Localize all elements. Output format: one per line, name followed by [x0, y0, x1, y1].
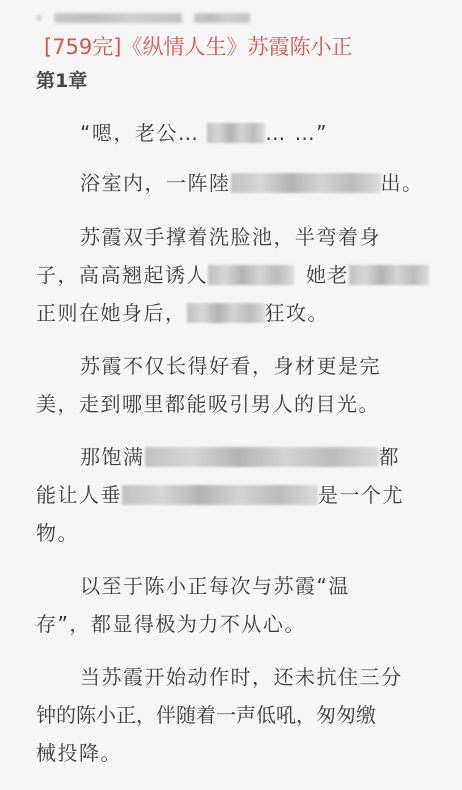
text-line: 苏霞双手撑着洗脸池，半弯着身: [36, 218, 428, 256]
paragraph: 当苏霞开始动作时，还未抗住三分 钟的陈小正，伴随着一声低吼，匆匆缴 械投降。: [36, 658, 428, 772]
text-line: 子，高高翘起诱人她老: [36, 256, 428, 294]
paragraph: 以至于陈小正每次与苏霞“温 存”，都显得极为力不从心。: [36, 567, 428, 643]
text-line: “嗯，老公… … …”: [36, 114, 428, 152]
reader-page: [759完]《纵情人生》苏霞陈小正 第1章 “嗯，老公… … …” 浴室内，一阵…: [0, 0, 462, 790]
censored-text: [187, 303, 265, 323]
text-line: 以至于陈小正每次与苏霞“温: [36, 567, 428, 605]
book-title: [759完]《纵情人生》苏霞陈小正: [44, 31, 352, 61]
censored-text: [349, 265, 429, 285]
text-line: 钟的陈小正，伴随着一声低吼，匆匆缴: [36, 696, 428, 734]
paragraph: “嗯，老公… … …”: [36, 114, 428, 152]
text-line: 当苏霞开始动作时，还未抗住三分: [36, 658, 428, 696]
text-line: 存”，都显得极为力不从心。: [36, 605, 428, 643]
censored-text: [231, 173, 381, 193]
paragraph: 浴室内，一阵陸出。: [36, 164, 428, 202]
paragraph: 苏霞双手撑着洗脸池，半弯着身 子，高高翘起诱人她老 正则在她身后，狂攻。: [36, 218, 428, 332]
text-line: 苏霞不仅长得好看，身材更是完: [36, 347, 428, 385]
censored-text: [145, 447, 379, 467]
text-line: 能让人垂是一个尤: [36, 476, 428, 514]
text-line: 美，走到哪里都能吸引男人的目光。: [36, 385, 428, 423]
text-line: 那饱满都: [36, 438, 428, 476]
blurred-source-line: [36, 11, 250, 25]
text-line: 物。: [36, 514, 428, 552]
text-line: 浴室内，一阵陸出。: [36, 164, 428, 202]
censored-text: [122, 485, 318, 505]
paragraph: 那饱满都 能让人垂是一个尤 物。: [36, 438, 428, 552]
text-line: 械投降。: [36, 734, 428, 772]
chapter-heading: 第1章: [36, 66, 87, 93]
paragraph: 苏霞不仅长得好看，身材更是完 美，走到哪里都能吸引男人的目光。: [36, 347, 428, 423]
censored-text: [207, 123, 265, 143]
text-line: 正则在她身后，狂攻。: [36, 294, 428, 332]
blurred-icon: [36, 15, 42, 21]
blurred-text: [194, 13, 250, 23]
blurred-text: [54, 13, 182, 23]
censored-text: [208, 265, 294, 285]
